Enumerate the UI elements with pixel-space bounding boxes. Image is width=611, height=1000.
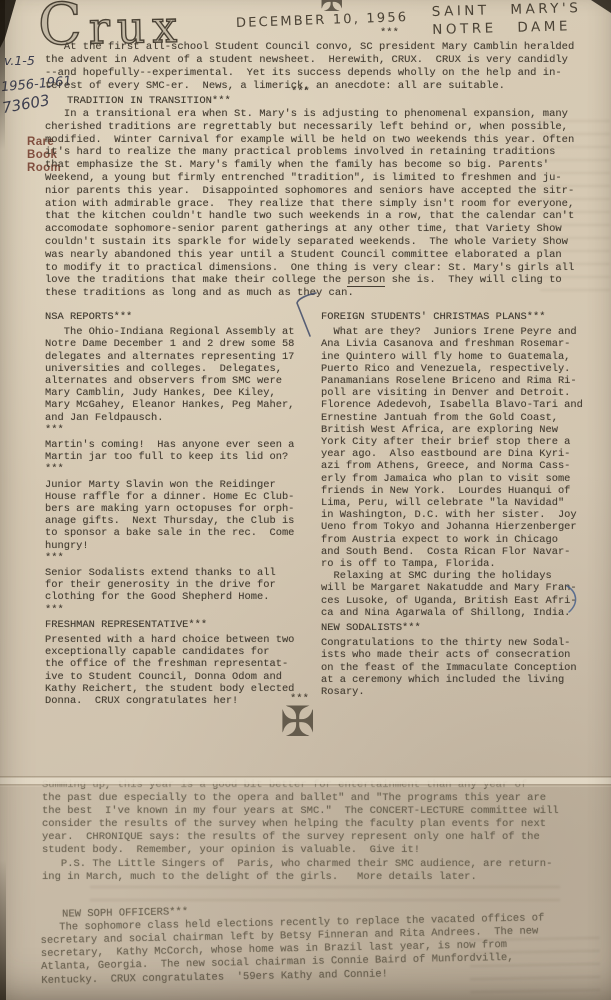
column-area: NSA REPORTS*** The Ohio-Indiana Regional… bbox=[45, 311, 601, 707]
paper-shadow-left bbox=[0, 0, 5, 150]
martin-note: Martin's coming! Has anyone ever seen a … bbox=[45, 439, 307, 476]
underlined-word: person bbox=[347, 274, 385, 287]
survey-paragraph: Summing up, this year is a good bit bett… bbox=[42, 779, 604, 884]
school-name: SAINT MARY'S NOTRE DAME bbox=[432, 0, 583, 39]
paper-shadow-top-right bbox=[591, 0, 611, 13]
freshman-heading: FRESHMAN REPRESENTATIVE*** bbox=[45, 619, 307, 631]
paper-shadow-bottom-left bbox=[0, 860, 6, 1000]
date-separator: *** bbox=[380, 27, 399, 40]
slavin-note: Junior Marty Slavin won the Reidinger Ho… bbox=[45, 479, 307, 564]
tradition-text-before: In a transitional era when St. Mary's is… bbox=[45, 108, 574, 286]
ghost-text bbox=[540, 120, 610, 300]
tradition-paragraph: In a transitional era when St. Mary's is… bbox=[45, 108, 597, 300]
nsa-heading: NSA REPORTS*** bbox=[45, 311, 307, 323]
tradition-heading: TRADITION IN TRANSITION*** bbox=[67, 95, 231, 108]
left-column: NSA REPORTS*** The Ohio-Indiana Regional… bbox=[45, 311, 307, 707]
margin-volume-note: v.1-5 bbox=[4, 53, 35, 68]
intro-paragraph: At the first all-school Student Council … bbox=[45, 41, 597, 93]
fold-crease bbox=[0, 776, 611, 787]
new-sodalists-paragraph: Congratulations to the thirty new Sodal-… bbox=[321, 637, 601, 698]
nsa-paragraph: The Ohio-Indiana Regional Assembly at No… bbox=[45, 326, 307, 436]
sodalist-thanks-note: Senior Sodalists extend thanks to all fo… bbox=[45, 567, 307, 616]
soph-officers-section: NEW SOPH OFFICERS*** The sophomore class… bbox=[40, 898, 607, 988]
newsletter-page: Crux ✠ DECEMBER 10, 1956 *** SAINT MARY'… bbox=[0, 0, 611, 1000]
foreign-students-heading: FOREIGN STUDENTS' CHRISTMAS PLANS*** bbox=[321, 311, 601, 323]
right-column: FOREIGN STUDENTS' CHRISTMAS PLANS*** Wha… bbox=[321, 311, 601, 707]
center-cross-icon: ✠ bbox=[280, 701, 315, 743]
soph-officers-paragraph: The sophomore class held elections recen… bbox=[40, 911, 607, 988]
margin-accession-number: 73603 bbox=[1, 91, 51, 117]
intro-separator: *** bbox=[291, 86, 310, 99]
foreign-students-paragraph: What are they? Juniors Irene Peyre and A… bbox=[321, 326, 601, 619]
freshman-paragraph: Presented with a hard choice between two… bbox=[45, 634, 307, 707]
new-sodalists-heading: NEW SODALISTS*** bbox=[321, 622, 601, 634]
